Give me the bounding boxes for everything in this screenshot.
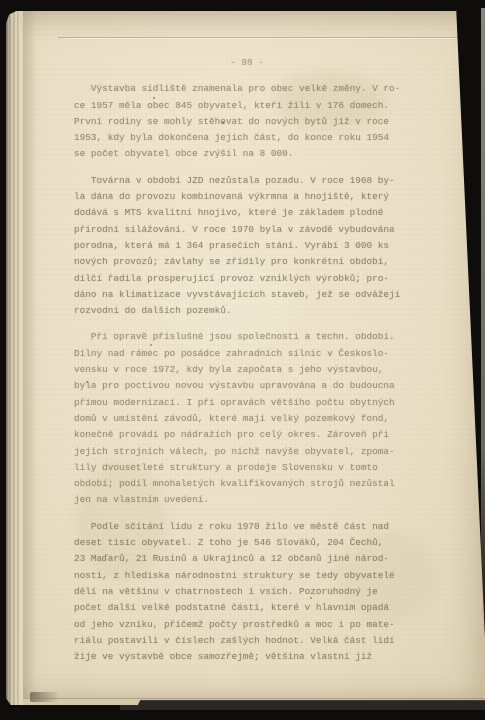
page-number: - 98 - bbox=[74, 55, 420, 71]
text-line: 1953, kdy byla dokončena jejich část, do… bbox=[74, 130, 420, 146]
text-line: období; podíl mnohaletých kvalifikovanýc… bbox=[74, 476, 420, 492]
book-page: - 98 - Výstavba sídliště znamenala pro o… bbox=[6, 11, 485, 705]
paragraph: Výstavba sídliště znamenala pro obec vel… bbox=[74, 81, 420, 162]
text-line: Při opravě příslušné jsou společnosti a … bbox=[74, 329, 420, 345]
text-line: porodna, která má 1 364 prasečích stání.… bbox=[74, 238, 420, 254]
page-stack-top-edge bbox=[20, 11, 485, 37]
text-line: ce 1957 měla obec 845 obyvatel, kteří ži… bbox=[74, 98, 420, 114]
text-line: la dána do provozu kombinovaná výkrmna a… bbox=[74, 189, 420, 205]
text-line: přímou modernizací. I při opravách větší… bbox=[74, 395, 420, 411]
text-line: Továrna v období JZD nezůstala pozadu. V… bbox=[74, 173, 420, 189]
text-line: se počet obyvatel obce zvýšil na 8 000. bbox=[74, 146, 420, 162]
paragraph: Podle sčítání lidu z roku 1970 žilo ve m… bbox=[74, 519, 420, 666]
text-line: Dílny nad rámec po posádce zahradních si… bbox=[74, 346, 420, 362]
text-line: deset tisíc obyvatel. Z toho je 546 Slov… bbox=[74, 535, 420, 551]
text-line: od jeho vzniku, přičemž počty prostředků… bbox=[74, 617, 420, 633]
text-line: nových provozů; závlahy se zřídily pro k… bbox=[74, 254, 420, 270]
text-line: 23 Maďarů, 21 Rusínů a Ukrajinců a 12 ob… bbox=[74, 551, 420, 567]
text-line: dělí na většinu v chatrnostech i vsích. … bbox=[74, 584, 420, 600]
text-line: lily dvousetleté struktury a prodeje Slo… bbox=[74, 460, 420, 476]
text-line: dílčí řadila prosperující provoz vzniklý… bbox=[74, 271, 420, 287]
scanned-book-photo: - 98 - Výstavba sídliště znamenala pro o… bbox=[0, 0, 485, 720]
text-line: riálu postavili v číslech zašlých hodnot… bbox=[74, 633, 420, 649]
scanner-shadow-below-page bbox=[120, 700, 485, 710]
text-line: domů v umístění závodů, které mají velký… bbox=[74, 411, 420, 427]
text-line: dodává s MTS kvalitní hnojivo, které je … bbox=[74, 205, 420, 221]
text-line: konečně provádí po nádražích pro celý ok… bbox=[74, 427, 420, 443]
text-line: byla pro poctivou novou výstavbu upravov… bbox=[74, 378, 420, 394]
text-line: Podle sčítání lidu z roku 1970 žilo ve m… bbox=[74, 519, 420, 535]
text-line: dáno na klimatizace vyvstávajících stave… bbox=[74, 287, 420, 303]
paragraph: Továrna v období JZD nezůstala pozadu. V… bbox=[74, 173, 420, 320]
text-line: jejich strojních válech, po nichž navýše… bbox=[74, 444, 420, 460]
top-sheet-bottom-edge bbox=[23, 698, 483, 699]
text-line: První rodiny se mohly stěhovat do nových… bbox=[74, 114, 420, 130]
text-line: Výstavba sídliště znamenala pro obec vel… bbox=[74, 81, 420, 97]
text-line: žije ve výstavbě obce samozřejmě; většin… bbox=[74, 649, 420, 665]
text-line: jen na vlastním uvedení. bbox=[74, 492, 420, 508]
text-line: vensku v roce 1972, kdy byla započata s … bbox=[74, 362, 420, 378]
bottom-corner-shadow bbox=[30, 692, 58, 702]
text-line: nosti, z hlediska národnostní struktury … bbox=[74, 568, 420, 584]
text-line: rozvodní do dalších pozemků. bbox=[74, 303, 420, 319]
adjacent-page-edge-sliver bbox=[481, 8, 485, 638]
top-sheet-edge-highlight bbox=[66, 38, 475, 39]
page-stack-edges-left bbox=[6, 11, 23, 705]
typewritten-text-block: - 98 - Výstavba sídliště znamenala pro o… bbox=[74, 55, 420, 675]
text-line: přírodní silážování. V roce 1970 byla v … bbox=[74, 222, 420, 238]
text-line: počet další velké podstatné části, které… bbox=[74, 600, 420, 616]
page-stack-shading bbox=[23, 11, 37, 705]
paragraph: Při opravě příslušné jsou společnosti a … bbox=[74, 329, 420, 508]
